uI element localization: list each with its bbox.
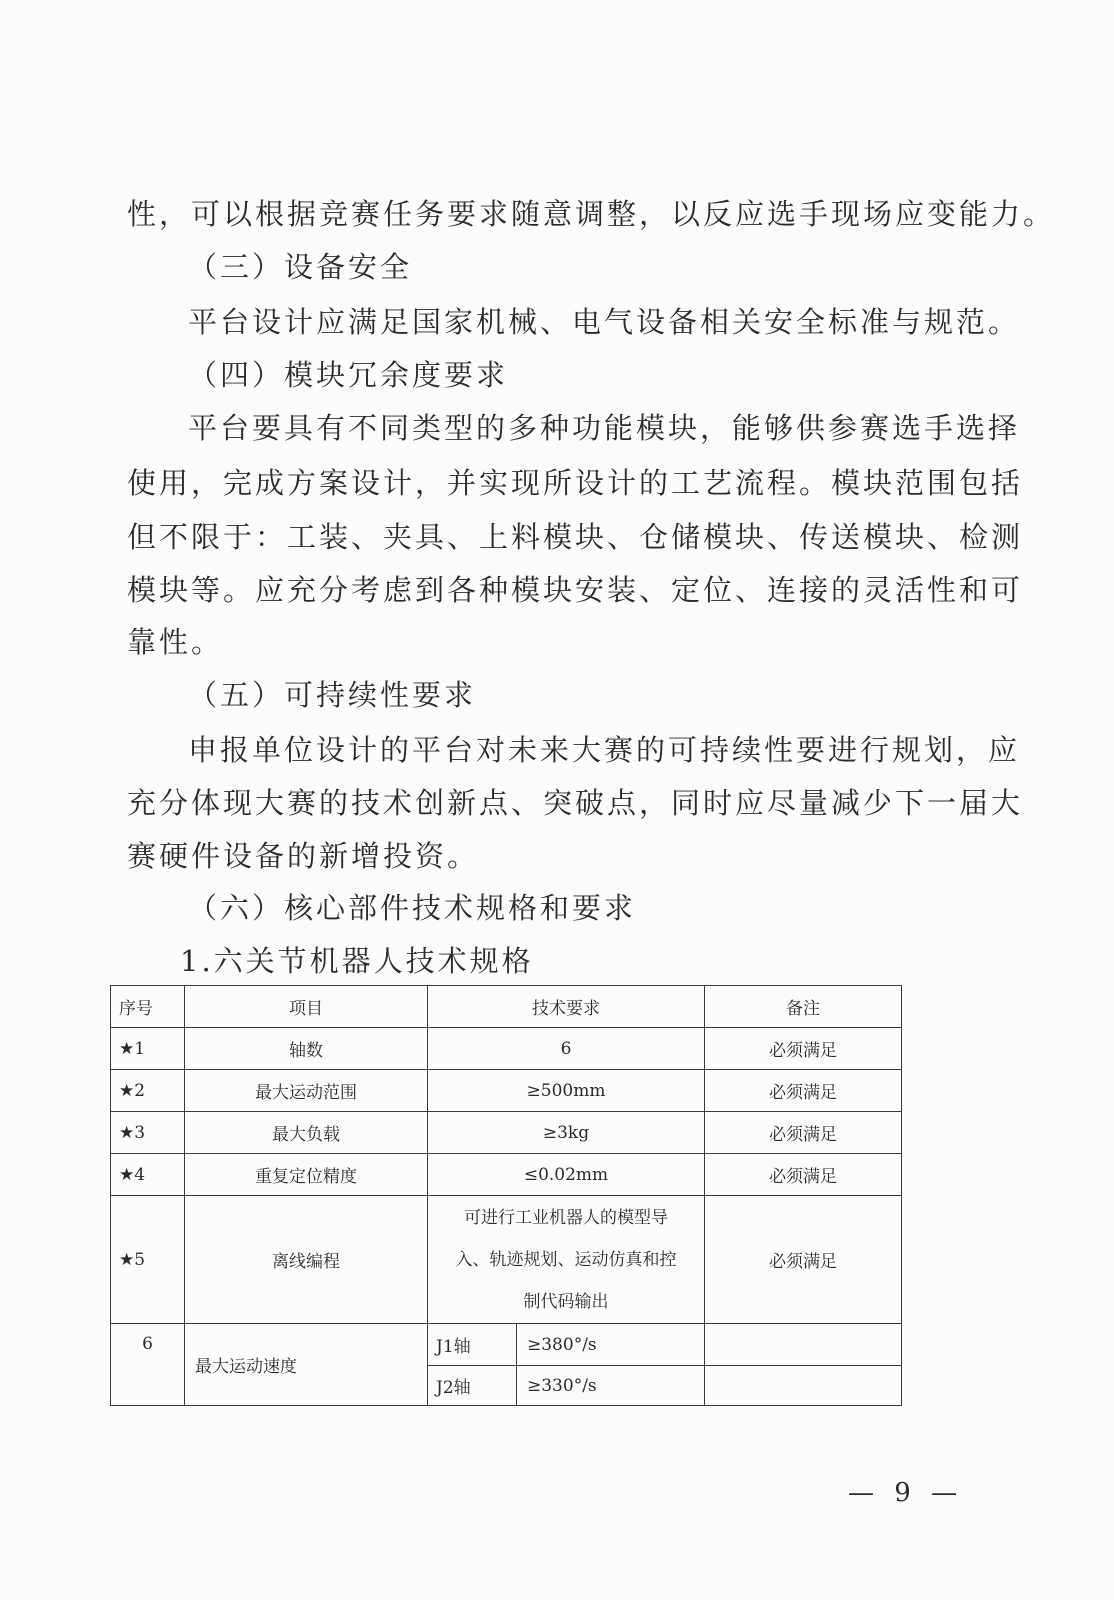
axis-label: J1轴 — [428, 1324, 517, 1366]
page-number: — 9 — — [848, 1478, 963, 1508]
requirement-line: 可进行工业机器人的模型导 — [428, 1197, 704, 1239]
paragraph-line: 靠性。 — [127, 622, 223, 662]
row-number: 6 — [111, 1324, 185, 1406]
row-requirement: ≥500mm — [428, 1070, 705, 1112]
paragraph-line: 但不限于：工装、夹具、上料模块、仓储模块、传送模块、检测 — [127, 517, 1023, 557]
paragraph-line: 赛硬件设备的新增投资。 — [127, 836, 479, 876]
row-requirement: 可进行工业机器人的模型导 入、轨迹规划、运动仿真和控 制代码输出 — [428, 1196, 705, 1324]
paragraph-line: 平台设计应满足国家机械、电气设备相关安全标准与规范。 — [188, 302, 1020, 342]
table-header-row: 序号 项目 技术要求 备注 — [111, 986, 902, 1028]
header-cell: 备注 — [705, 986, 902, 1028]
axis-label: J2轴 — [428, 1366, 517, 1406]
axis-value: ≥380°/s — [517, 1324, 705, 1366]
requirement-line: 制代码输出 — [428, 1281, 704, 1323]
row-number: ★4 — [111, 1154, 185, 1196]
requirement-line: 入、轨迹规划、运动仿真和控 — [428, 1239, 704, 1281]
paragraph-line: 平台要具有不同类型的多种功能模块，能够供参赛选手选择 — [188, 408, 1020, 448]
row-note: 必须满足 — [705, 1028, 902, 1070]
paragraph-line: 充分体现大赛的技术创新点、突破点，同时应尽量减少下一届大 — [127, 783, 1023, 823]
table-row: ★4 重复定位精度 ≤0.02mm 必须满足 — [111, 1154, 902, 1196]
row-item: 最大运动范围 — [185, 1070, 428, 1112]
row-item: 最大负载 — [185, 1112, 428, 1154]
row-note: 必须满足 — [705, 1112, 902, 1154]
robot-spec-table: 序号 项目 技术要求 备注 ★1 轴数 6 必须满足 ★2 最大运动范围 ≥50… — [110, 985, 902, 1406]
row-item: 离线编程 — [185, 1196, 428, 1324]
section-heading: （三）设备安全 — [188, 247, 412, 287]
row-note: 必须满足 — [705, 1070, 902, 1112]
row-note — [705, 1324, 902, 1366]
paragraph-line: 使用，完成方案设计，并实现所设计的工艺流程。模块范围包括 — [127, 463, 1023, 503]
section-heading: （六）核心部件技术规格和要求 — [188, 888, 636, 928]
row-item: 重复定位精度 — [185, 1154, 428, 1196]
row-item: 最大运动速度 — [185, 1324, 428, 1406]
table-row: ★5 离线编程 可进行工业机器人的模型导 入、轨迹规划、运动仿真和控 制代码输出… — [111, 1196, 902, 1324]
row-number: ★3 — [111, 1112, 185, 1154]
row-note: 必须满足 — [705, 1154, 902, 1196]
row-number: ★5 — [111, 1196, 185, 1324]
axis-value: ≥330°/s — [517, 1366, 705, 1406]
header-cell: 序号 — [111, 986, 185, 1028]
row-requirement: ≤0.02mm — [428, 1154, 705, 1196]
row-note — [705, 1366, 902, 1406]
row-number: ★2 — [111, 1070, 185, 1112]
row-requirement: ≥3kg — [428, 1112, 705, 1154]
row-requirement: 6 — [428, 1028, 705, 1070]
header-cell: 技术要求 — [428, 986, 705, 1028]
section-heading: （四）模块冗余度要求 — [188, 355, 508, 395]
paragraph-line: 模块等。应充分考虑到各种模块安装、定位、连接的灵活性和可 — [127, 570, 1023, 610]
row-item: 轴数 — [185, 1028, 428, 1070]
section-heading: （五）可持续性要求 — [188, 675, 476, 715]
header-cell: 项目 — [185, 986, 428, 1028]
table-row: ★1 轴数 6 必须满足 — [111, 1028, 902, 1070]
paragraph-line: 性，可以根据竞赛任务要求随意调整，以反应选手现场应变能力。 — [127, 194, 1055, 234]
paragraph-line: 申报单位设计的平台对未来大赛的可持续性要进行规划，应 — [188, 730, 1020, 770]
row-number: ★1 — [111, 1028, 185, 1070]
row-note: 必须满足 — [705, 1196, 902, 1324]
table-row: 6 最大运动速度 J1轴 ≥380°/s — [111, 1324, 902, 1366]
table-row: ★3 最大负载 ≥3kg 必须满足 — [111, 1112, 902, 1154]
subsection-heading: 1.六关节机器人技术规格 — [180, 941, 534, 981]
table-row: ★2 最大运动范围 ≥500mm 必须满足 — [111, 1070, 902, 1112]
